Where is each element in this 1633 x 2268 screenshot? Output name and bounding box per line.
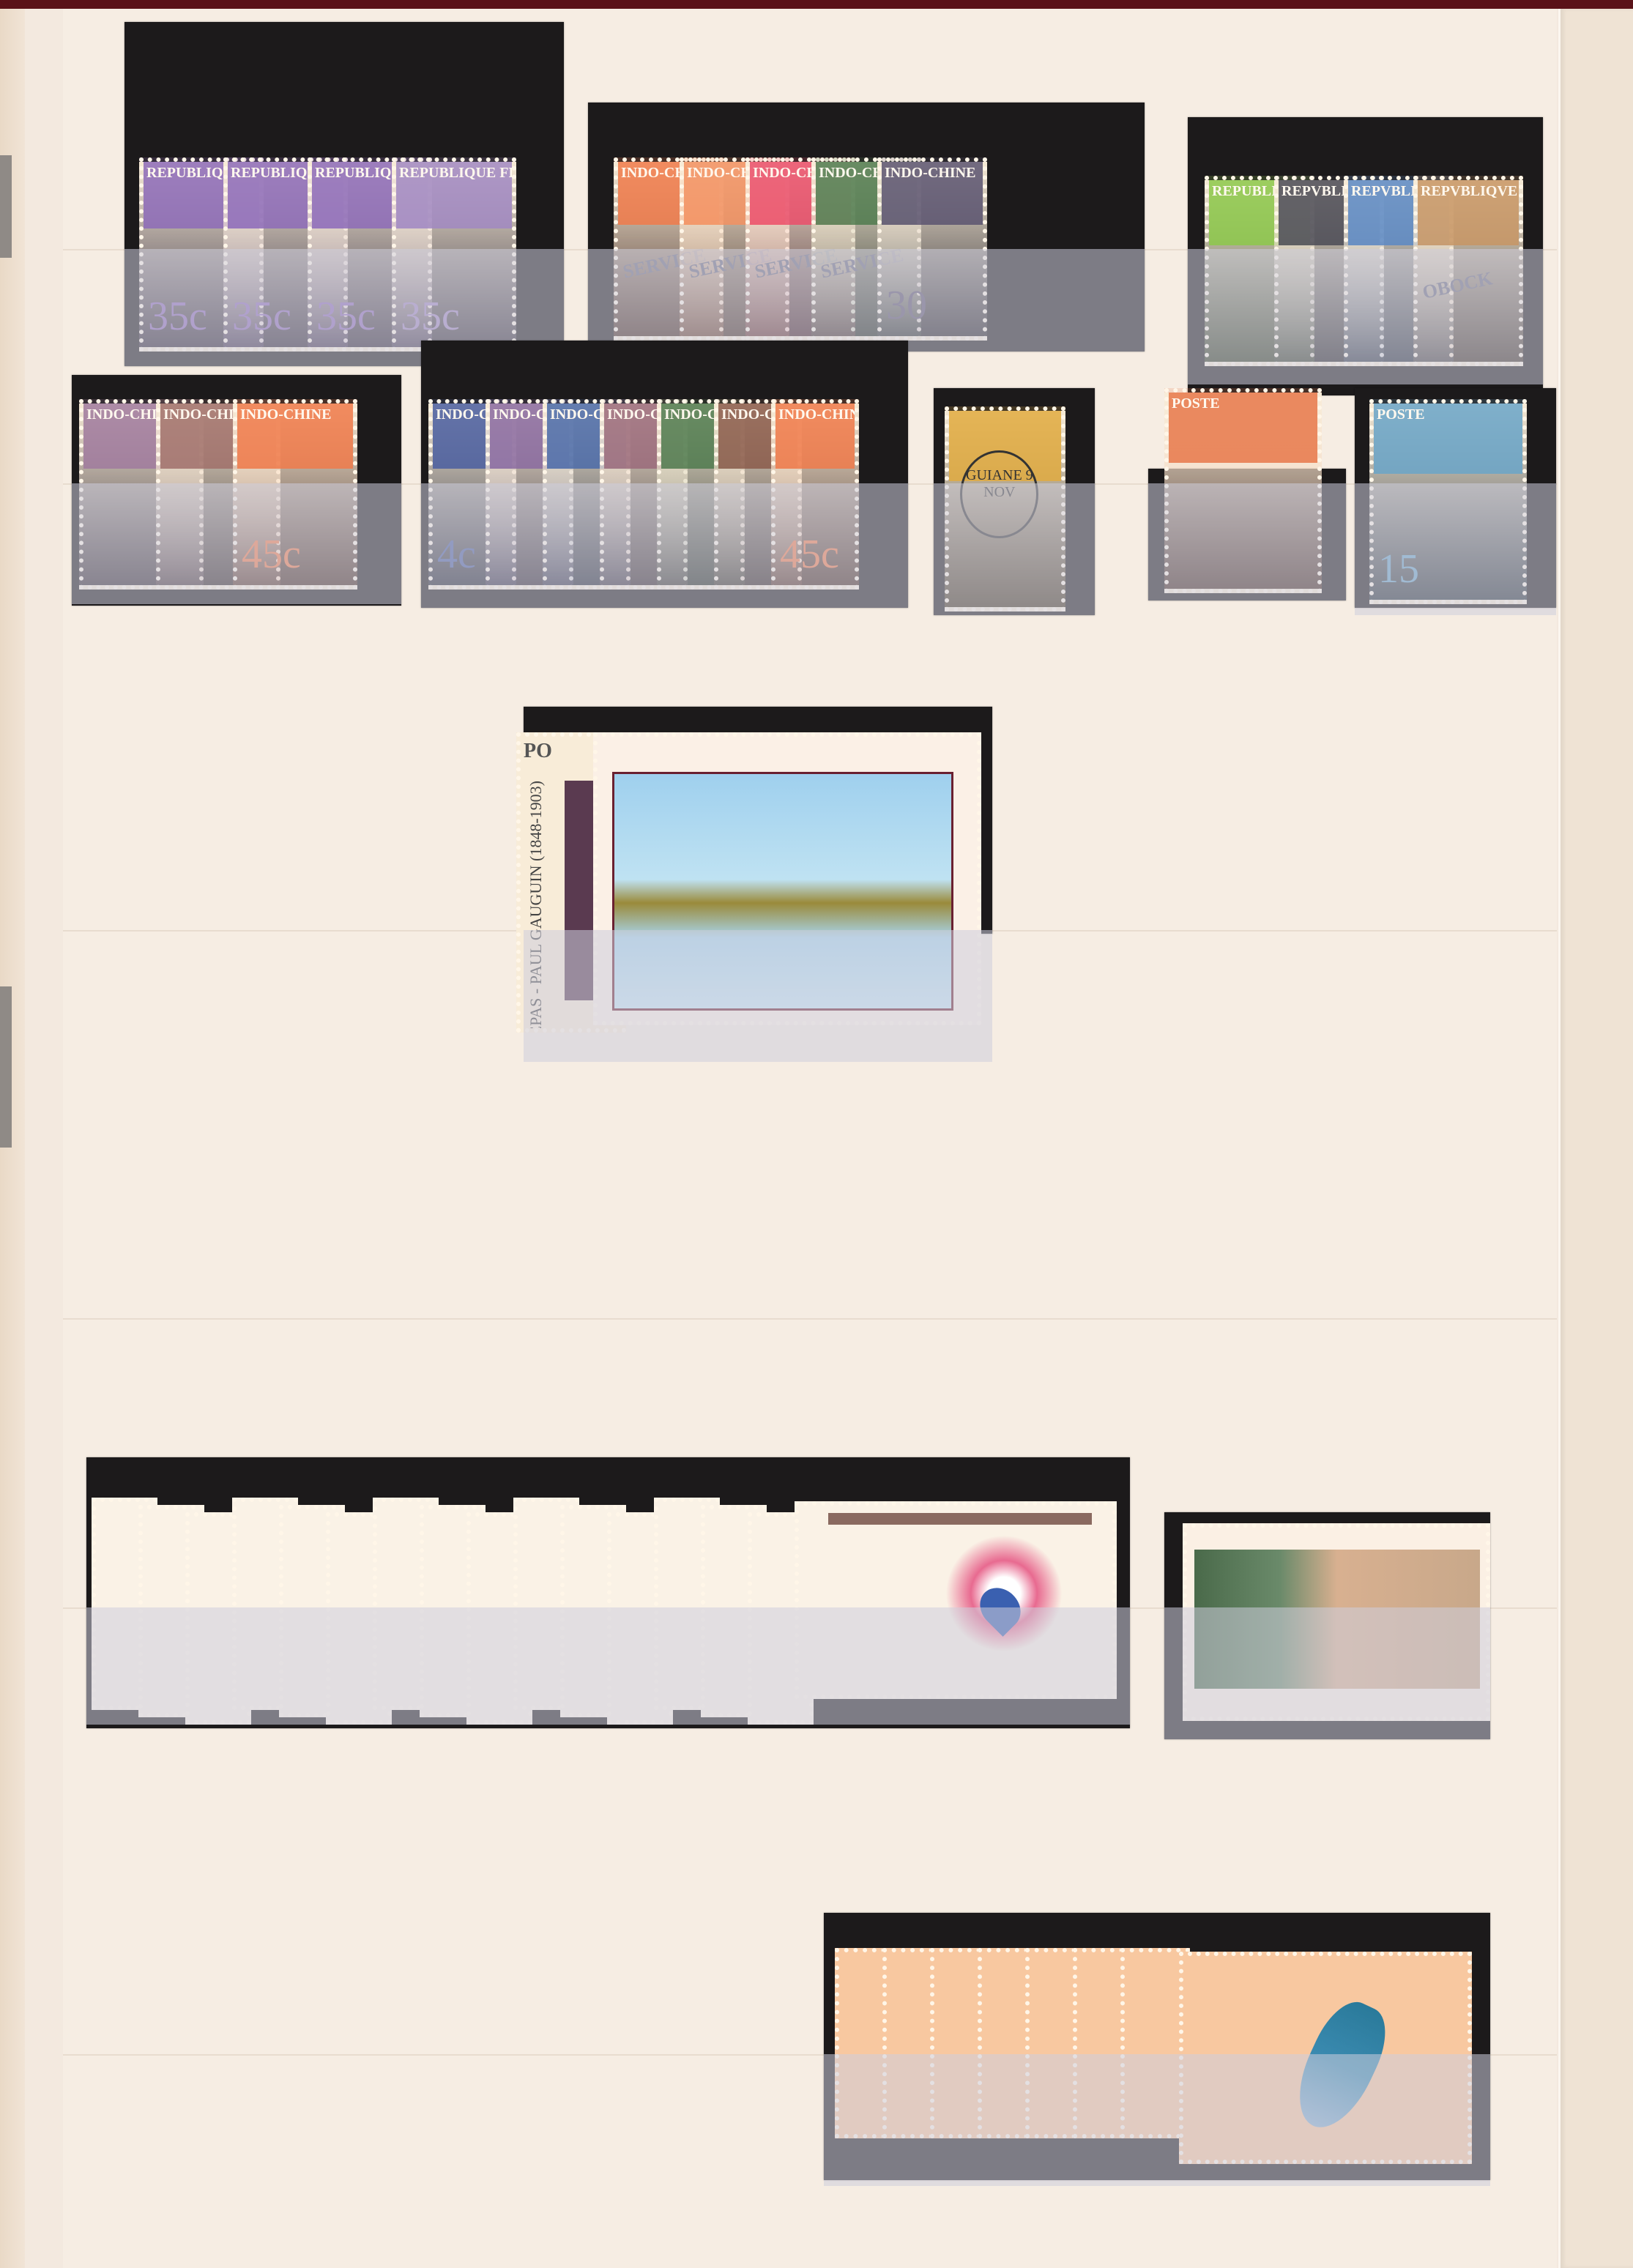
- stamp-country: INDO-CHINE: [778, 406, 859, 423]
- glassine-strip: [72, 483, 401, 604]
- page-tab: [0, 155, 12, 258]
- glassine-strip: [588, 249, 1145, 352]
- album-top-edge: [0, 0, 1633, 9]
- glassine-strip: [1148, 483, 1346, 601]
- stamp-border: [828, 1513, 1092, 1525]
- glassine-strip: [934, 483, 1095, 615]
- stamp-country: REPVBLIQVE FRANÇAISE COLONIES: [1421, 183, 1523, 200]
- album-binding: [1558, 9, 1633, 2268]
- stamp-country: INDO-CHINE: [240, 406, 331, 423]
- glassine-strip: [86, 1607, 1130, 1725]
- strip-line: [63, 1318, 1557, 1320]
- stamp-country: INDO-CHINE: [885, 165, 975, 182]
- glassine-strip: [1355, 483, 1556, 615]
- stamp-country: PO: [524, 740, 552, 763]
- page-tab: [0, 986, 12, 1148]
- glassine-strip: [1188, 249, 1543, 384]
- stamp-country: POSTE: [1377, 406, 1425, 423]
- glassine-strip: [421, 483, 908, 608]
- glassine-strip: [1164, 1607, 1490, 1739]
- stamp-country: POSTE: [1172, 395, 1220, 412]
- glassine-strip: [824, 2054, 1490, 2186]
- glassine-strip: [524, 930, 992, 1062]
- album-left-edge: [0, 9, 25, 2268]
- stamp-country: REPUBLIQUE FRANÇAISE: [399, 165, 516, 182]
